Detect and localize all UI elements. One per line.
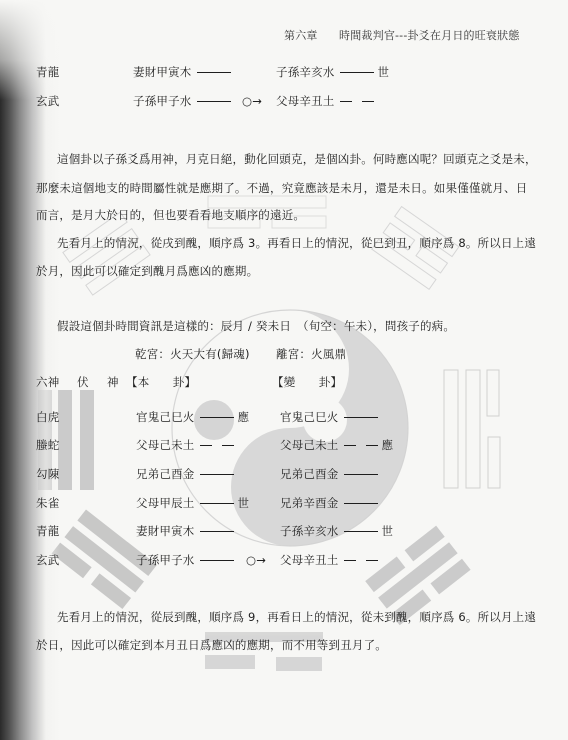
bian-yao: 子孫辛亥水世 xyxy=(280,524,393,538)
yin-line-icon xyxy=(344,445,378,446)
yin-line-icon xyxy=(344,560,378,561)
six-god: 朱雀 xyxy=(36,496,59,510)
ben-yao: 父母甲辰土世 xyxy=(136,496,249,510)
shi-mark: 世 xyxy=(238,496,250,510)
yang-line-icon xyxy=(197,72,231,73)
chapter-number: 第六章 xyxy=(284,29,318,42)
yang-line-icon xyxy=(344,503,378,504)
bian-yao: 兄弟己酉金 xyxy=(280,467,382,481)
six-god: 勾陳 xyxy=(36,467,59,481)
paragraph-1-line-3: 而言，是月大於日的，但也要看看地支順序的遠近。 xyxy=(36,208,305,222)
shi-mark: 世 xyxy=(382,524,394,538)
yang-line-icon xyxy=(200,503,234,504)
top-row-ben: 子孫甲子水 xyxy=(133,94,235,108)
yang-line-icon xyxy=(200,531,234,532)
yang-line-icon xyxy=(200,474,234,475)
yang-line-icon xyxy=(200,417,234,418)
paragraph-2-line-1: 先看月上的情況，從戌到醜，順序爲 3。再看日上的情況，從巳到丑，順序爲 8。所以… xyxy=(57,236,536,250)
ben-yao: 妻財甲寅木 xyxy=(136,524,238,538)
ben-yao: 父母己未土 xyxy=(136,438,238,452)
top-row-bian: 子孫辛亥水世 xyxy=(276,65,389,79)
paragraph-4-line-1: 先看月上的情況，從辰到醜，順序爲 9，再看日上的情況，從未到醜，順序爲 6。所以… xyxy=(57,610,536,624)
ben-yao: 官鬼己巳火應 xyxy=(136,410,249,424)
taegeuk-watermark-icon xyxy=(0,0,568,740)
ben-yao: 子孫甲子水 xyxy=(136,553,238,567)
paragraph-3: 假設這個卦時間資訊是這樣的：辰月 / 癸未日 （旬空：午未），問孩子的病。 xyxy=(57,319,455,333)
ying-mark: 應 xyxy=(382,438,394,452)
paragraph-1-line-2: 那麼未這個地支的時間屬性就是應期了。不過，究竟應該是未月，還是未日。如果僅僅就月… xyxy=(36,181,527,195)
moving-arrow-icon: ○→ xyxy=(246,553,266,567)
shi-mark: 世 xyxy=(378,65,390,79)
scanned-page: 第六章 時間裁判官---卦爻在月日的旺衰狀態 青龍 妻財甲寅木 子孫辛亥水世 玄… xyxy=(0,0,568,740)
ben-yao: 兄弟己酉金 xyxy=(136,467,238,481)
top-row-bian: 父母辛丑土 xyxy=(276,94,378,108)
bian-yao: 官鬼己巳火 xyxy=(280,410,382,424)
six-god: 玄武 xyxy=(36,553,59,567)
yang-line-icon xyxy=(344,417,378,418)
yang-line-icon xyxy=(344,531,378,532)
top-row-ben: 妻財甲寅木 xyxy=(133,65,235,79)
col-six-gods: 六神 xyxy=(36,375,59,389)
col-ben-gua: 【本 卦】 xyxy=(126,375,196,389)
moving-arrow-icon: ○→ xyxy=(242,94,262,108)
running-header: 第六章 時間裁判官---卦爻在月日的旺衰狀態 xyxy=(284,29,520,43)
ying-mark: 應 xyxy=(238,410,250,424)
yin-line-icon xyxy=(340,101,374,102)
top-row-god: 玄武 xyxy=(36,94,59,108)
six-god: 青龍 xyxy=(36,524,59,538)
bian-yao: 兄弟辛酉金 xyxy=(280,496,382,510)
bian-palace: 離宮：火風鼎 xyxy=(276,347,346,361)
chapter-title: 時間裁判官---卦爻在月日的旺衰狀態 xyxy=(339,29,520,42)
yin-line-icon xyxy=(200,445,234,446)
scan-shadow xyxy=(0,0,60,740)
yang-line-icon xyxy=(197,101,231,102)
six-god: 螣蛇 xyxy=(36,438,59,452)
paragraph-2-line-2: 於月，因此可以確定到醜月爲應凶的應期。 xyxy=(36,264,258,278)
col-bian-gua: 【變 卦】 xyxy=(272,375,342,389)
yang-line-icon xyxy=(344,474,378,475)
paragraph-1-line-1: 這個卦以子孫爻爲用神，月克日絕，動化回頭克，是個凶卦。何時應凶呢？回頭克之爻是未… xyxy=(57,152,537,166)
top-row-god: 青龍 xyxy=(36,65,59,79)
bian-yao: 父母辛丑土 xyxy=(280,553,382,567)
col-shen: 神 xyxy=(107,375,119,389)
six-god: 白虎 xyxy=(36,410,59,424)
col-fu: 伏 xyxy=(77,375,89,389)
paragraph-4-line-2: 於日，因此可以確定到本月丑日爲應凶的應期，而不用等到丑月了。 xyxy=(36,638,387,652)
bian-yao: 父母己未土應 xyxy=(280,438,393,452)
yang-line-icon xyxy=(340,72,374,73)
ben-palace: 乾宮：火天大有(歸魂) xyxy=(135,347,250,361)
yang-line-icon xyxy=(200,560,234,561)
